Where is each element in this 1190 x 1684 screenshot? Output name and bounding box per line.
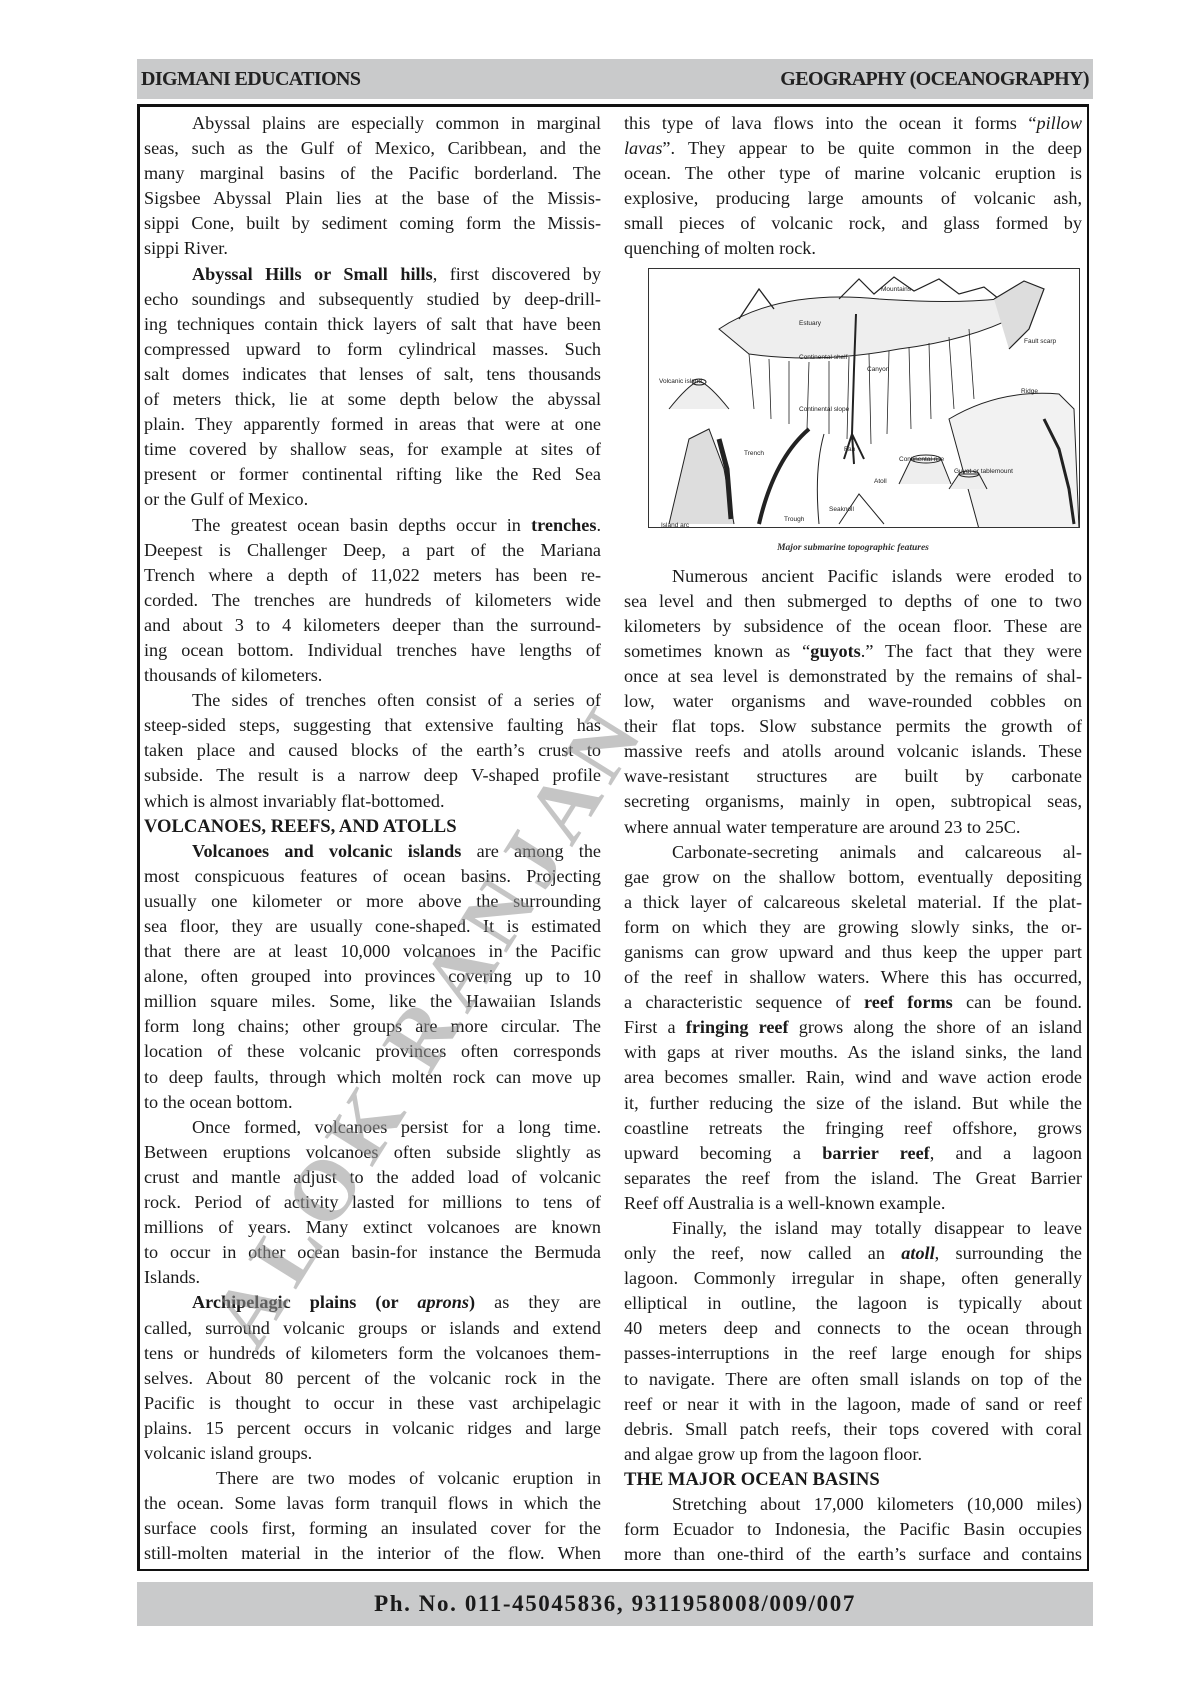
text-line: volcanic island groups. bbox=[144, 1441, 601, 1466]
text-line: million square miles. Some, like the Haw… bbox=[144, 989, 601, 1014]
label-fault-scarp: Fault scarp bbox=[1024, 329, 1056, 354]
text-line: plains. 15 percent occurs in volcanic ri… bbox=[144, 1416, 601, 1441]
text-line: the ocean. Some lavas form tranquil flow… bbox=[144, 1491, 601, 1516]
label-continental-rise: Continental rise bbox=[899, 447, 944, 472]
text-line: ocean. The other type of marine volcanic… bbox=[624, 161, 1082, 186]
text-line: Once formed, volcanoes persist for a lon… bbox=[144, 1115, 601, 1140]
text-line: to occur in other ocean basin-for instan… bbox=[144, 1240, 601, 1265]
text-line: Abyssal Hills or Small hills, first disc… bbox=[144, 262, 601, 287]
text-line: The greatest ocean basin depths occur in… bbox=[144, 513, 601, 538]
text-line: ing ocean bottom. Individual trenches ha… bbox=[144, 638, 601, 663]
text-line: Reef off Australia is a well-known examp… bbox=[624, 1191, 1082, 1216]
text-line: Abyssal plains are especially common in … bbox=[144, 111, 601, 136]
text-line: location of these volcanic provinces oft… bbox=[144, 1039, 601, 1064]
text-line: taken place and caused blocks of the ear… bbox=[144, 738, 601, 763]
text-line: passes-interruptions in the reef large e… bbox=[624, 1341, 1082, 1366]
text-line: Volcanoes and volcanic islands are among… bbox=[144, 839, 601, 864]
text-line: and about 3 to 4 kilometers deeper than … bbox=[144, 613, 601, 638]
text-line: Between eruptions volcanoes often subsid… bbox=[144, 1140, 601, 1165]
text-line: 40 meters deep and connects to the ocean… bbox=[624, 1316, 1082, 1341]
text-line: usually one kilometer or more above the … bbox=[144, 889, 601, 914]
text-line: and algae grow up from the lagoon floor. bbox=[624, 1442, 1082, 1467]
text-line: separates the reef from the island. The … bbox=[624, 1166, 1082, 1191]
text-line: subside. The result is a narrow deep V-s… bbox=[144, 763, 601, 788]
label-canyon: Canyon bbox=[867, 357, 889, 382]
text-line: quenching of molten rock. bbox=[624, 236, 1082, 261]
text-line: sippi Cone, built by sediment coming for… bbox=[144, 211, 601, 236]
text-line: sea floor, they are usually cone-shaped.… bbox=[144, 914, 601, 939]
text-line: time covered by shallow seas, for exampl… bbox=[144, 437, 601, 462]
text-line: form Ecuador to Indonesia, the Pacific B… bbox=[624, 1517, 1082, 1542]
text-line: lavas”. They appear to be quite common i… bbox=[624, 136, 1082, 161]
text-line: salt domes indicates that lenses of salt… bbox=[144, 362, 601, 387]
label-seaknoll: Seaknoll bbox=[829, 497, 854, 522]
text-line: most conspicuous features of ocean basin… bbox=[144, 864, 601, 889]
text-line: once at sea level is demonstrated by the… bbox=[624, 664, 1082, 689]
text-line: Deepest is Challenger Deep, a part of th… bbox=[144, 538, 601, 563]
text-line: or the Gulf of Mexico. bbox=[144, 487, 601, 512]
text-line: selves. About 80 percent of the volcanic… bbox=[144, 1366, 601, 1391]
text-line: many marginal basins of the Pacific bord… bbox=[144, 161, 601, 186]
label-ridge: Ridge bbox=[1021, 379, 1038, 404]
text-line: corded. The trenches are hundreds of kil… bbox=[144, 588, 601, 613]
text-line: Numerous ancient Pacific islands were er… bbox=[624, 564, 1082, 589]
left-column: Abyssal plains are especially common in … bbox=[144, 111, 601, 1566]
text-line: massive reefs and atolls around volcanic… bbox=[624, 739, 1082, 764]
diagram-illustration bbox=[649, 269, 1080, 528]
text-line: which is almost invariably flat-bottomed… bbox=[144, 789, 601, 814]
text-line: echo soundings and subsequently studied … bbox=[144, 287, 601, 312]
text-line: upward becoming a barrier reef, and a la… bbox=[624, 1141, 1082, 1166]
text-line: elliptical in outline, the lagoon is typ… bbox=[624, 1291, 1082, 1316]
text-line: that there are at least 10,000 volcanoes… bbox=[144, 939, 601, 964]
text-line: Trench where a depth of 11,022 meters ha… bbox=[144, 563, 601, 588]
text-line: form long chains; other groups are more … bbox=[144, 1014, 601, 1039]
text-line: steep-sided steps, suggesting that exten… bbox=[144, 713, 601, 738]
text-line: Finally, the island may totally disappea… bbox=[624, 1216, 1082, 1241]
label-mountains: Mountains bbox=[881, 277, 911, 302]
label-guyot: Guyot or tablemount bbox=[954, 459, 1013, 484]
text-line: lagoon. Commonly irregular in shape, oft… bbox=[624, 1266, 1082, 1291]
text-line: gae grow on the shallow bottom, eventual… bbox=[624, 865, 1082, 890]
phone-number: Ph. No. 011-45045836, 9311958008/009/007 bbox=[137, 1591, 1093, 1617]
text-line: alone, often grouped into provinces cove… bbox=[144, 964, 601, 989]
right-column: this type of lava flows into the ocean i… bbox=[624, 111, 1082, 1567]
text-line: with gaps at river mouths. As the island… bbox=[624, 1040, 1082, 1065]
text-line: a thick layer of calcareous skeletal mat… bbox=[624, 890, 1082, 915]
right-column-top-text: this type of lava flows into the ocean i… bbox=[624, 111, 1082, 262]
text-line: more than one-third of the earth’s surfa… bbox=[624, 1542, 1082, 1567]
label-continental-shelf: Continental shelf bbox=[799, 345, 847, 370]
submarine-features-diagram: Mountains Estuary Fault scarp Continenta… bbox=[648, 268, 1080, 528]
publisher-name: DIGMANI EDUCATIONS bbox=[141, 68, 360, 91]
text-line: sippi River. bbox=[144, 236, 601, 261]
text-line: compressed upward to form cylindrical ma… bbox=[144, 337, 601, 362]
text-line: rock. Period of activity lasted for mill… bbox=[144, 1190, 601, 1215]
text-line: plain. They apparently formed in areas t… bbox=[144, 412, 601, 437]
text-line: present or former continental rifting li… bbox=[144, 462, 601, 487]
text-line: thousands of kilometers. bbox=[144, 663, 601, 688]
text-line: tens or hundreds of kilometers form the … bbox=[144, 1341, 601, 1366]
label-continental-slope: Continental slope bbox=[799, 397, 849, 422]
text-line: area becomes smaller. Rain, wind and wav… bbox=[624, 1065, 1082, 1090]
text-line: seas, such as the Gulf of Mexico, Caribb… bbox=[144, 136, 601, 161]
text-line: Archipelagic plains (or aprons) as they … bbox=[144, 1290, 601, 1315]
text-line: small pieces of volcanic rock, and glass… bbox=[624, 211, 1082, 236]
text-line: this type of lava flows into the ocean i… bbox=[624, 111, 1082, 136]
page-header: DIGMANI EDUCATIONS GEOGRAPHY (OCEANOGRAP… bbox=[137, 59, 1093, 99]
label-trough: Trough bbox=[784, 507, 804, 528]
right-column-bottom-text: Numerous ancient Pacific islands were er… bbox=[624, 564, 1082, 1568]
text-line: only the reef, now called an atoll, surr… bbox=[624, 1241, 1082, 1266]
text-line: Islands. bbox=[144, 1265, 601, 1290]
section-heading: THE MAJOR OCEAN BASINS bbox=[624, 1467, 1082, 1492]
text-line: of the reef in shallow waters. Where thi… bbox=[624, 965, 1082, 990]
label-estuary: Estuary bbox=[799, 311, 821, 336]
text-line: secreting organisms, mainly in open, sub… bbox=[624, 789, 1082, 814]
text-line: First a fringing reef grows along the sh… bbox=[624, 1015, 1082, 1040]
label-fan: Fan bbox=[844, 437, 855, 462]
label-trench: Trench bbox=[744, 441, 764, 466]
page-footer: Ph. No. 011-45045836, 9311958008/009/007 bbox=[137, 1582, 1093, 1626]
content-frame: Abyssal plains are especially common in … bbox=[137, 104, 1089, 1571]
text-line: millions of years. Many extinct volcanoe… bbox=[144, 1215, 601, 1240]
text-line: debris. Small patch reefs, their tops co… bbox=[624, 1417, 1082, 1442]
subject-title: GEOGRAPHY (OCEANOGRAPHY) bbox=[780, 68, 1089, 91]
figure-caption: Major submarine topographic features bbox=[624, 536, 1082, 550]
text-line: The sides of trenches often consist of a… bbox=[144, 688, 601, 713]
text-line: ing techniques contain thick layers of s… bbox=[144, 312, 601, 337]
text-line: to navigate. There are often small islan… bbox=[624, 1367, 1082, 1392]
label-volcanic-island: Volcanic island bbox=[659, 369, 702, 394]
text-line: to deep faults, through which molten roc… bbox=[144, 1065, 601, 1090]
text-line: called, surround volcanic groups or isla… bbox=[144, 1316, 601, 1341]
text-line: sometimes known as “guyots.” The fact th… bbox=[624, 639, 1082, 664]
text-line: low, water organisms and wave-rounded co… bbox=[624, 689, 1082, 714]
text-line: crust and mantle adjust to the added loa… bbox=[144, 1165, 601, 1190]
text-line: Sigsbee Abyssal Plain lies at the base o… bbox=[144, 186, 601, 211]
text-line: ganisms can grow upward and thus keep th… bbox=[624, 940, 1082, 965]
text-line: coastline retreats the fringing reef off… bbox=[624, 1116, 1082, 1141]
text-line: reef or near it with in the lagoon, made… bbox=[624, 1392, 1082, 1417]
text-line: their flat tops. Slow substance permits … bbox=[624, 714, 1082, 739]
text-line: Pacific is thought to occur in these vas… bbox=[144, 1391, 601, 1416]
section-heading: VOLCANOES, REEFS, AND ATOLLS bbox=[144, 814, 601, 839]
text-line: a characteristic sequence of reef forms … bbox=[624, 990, 1082, 1015]
text-line: where annual water temperature are aroun… bbox=[624, 815, 1082, 840]
text-line: it, further reducing the size of the isl… bbox=[624, 1091, 1082, 1116]
text-line: wave-resistant structures are built by c… bbox=[624, 764, 1082, 789]
label-atoll: Atoll bbox=[874, 469, 887, 494]
text-line: There are two modes of volcanic eruption… bbox=[144, 1466, 601, 1491]
text-line: form on which they are growing slowly si… bbox=[624, 915, 1082, 940]
text-line: sea level and then submerged to depths o… bbox=[624, 589, 1082, 614]
text-line: of meters thick, lie at some depth below… bbox=[144, 387, 601, 412]
label-island-arc: Island arc bbox=[661, 513, 689, 528]
text-line: kilometers by subsidence of the ocean fl… bbox=[624, 614, 1082, 639]
text-line: to the ocean bottom. bbox=[144, 1090, 601, 1115]
text-line: explosive, producing large amounts of vo… bbox=[624, 186, 1082, 211]
text-line: Carbonate-secreting animals and calcareo… bbox=[624, 840, 1082, 865]
text-line: surface cools first, forming an insulate… bbox=[144, 1516, 601, 1541]
text-line: Stretching about 17,000 kilometers (10,0… bbox=[624, 1492, 1082, 1517]
text-line: still-molten material in the interior of… bbox=[144, 1541, 601, 1566]
